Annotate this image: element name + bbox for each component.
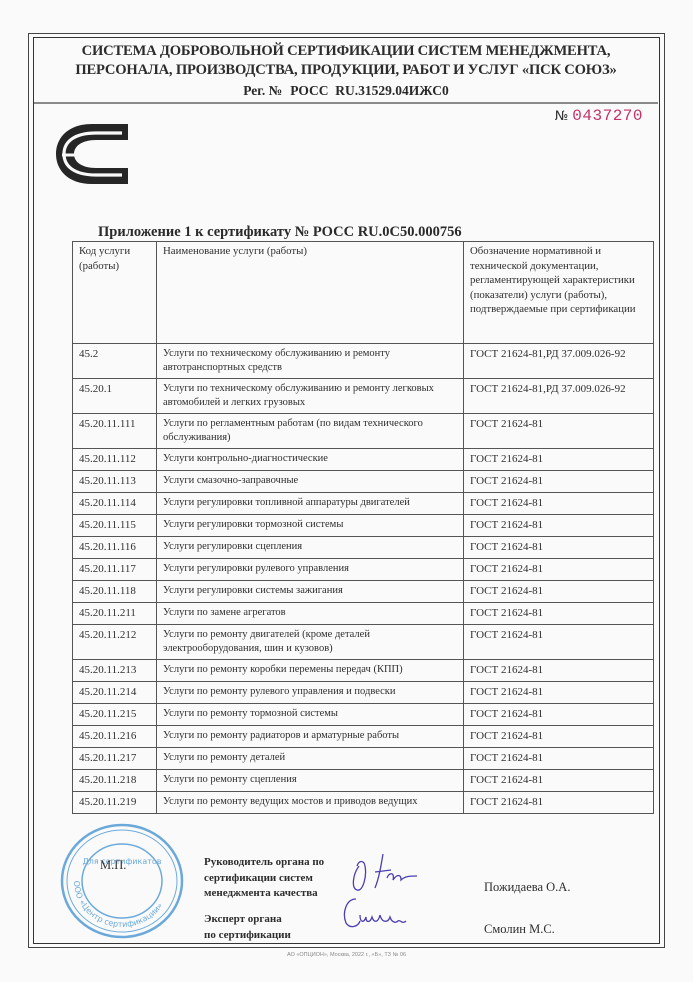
table-row: 45.20.11.211Услуги по замене агрегатовГО… — [73, 603, 654, 625]
cell-std: ГОСТ 21624-81 — [464, 414, 654, 449]
svg-text:ООО «Центр сертификации»: ООО «Центр сертификации» — [72, 880, 165, 929]
cell-code: 45.20.11.116 — [73, 537, 157, 559]
cell-std: ГОСТ 21624-81 — [464, 660, 654, 682]
cell-code: 45.20.11.219 — [73, 792, 157, 814]
header-standard: Обозначение нормативной и технической до… — [464, 242, 654, 344]
expert-title: Эксперт органа по сертификации — [204, 912, 291, 943]
table-row: 45.20.11.117Услуги регулировки рулевого … — [73, 559, 654, 581]
cell-std: ГОСТ 21624-81 — [464, 603, 654, 625]
cell-std: ГОСТ 21624-81,РД 37.009.026-92 — [464, 379, 654, 414]
cell-std: ГОСТ 21624-81,РД 37.009.026-92 — [464, 344, 654, 379]
cell-name: Услуги регулировки топливной аппаратуры … — [157, 493, 464, 515]
head-signature-icon — [345, 848, 425, 898]
cell-std: ГОСТ 21624-81 — [464, 625, 654, 660]
cell-name: Услуги по ремонту радиаторов и арматурны… — [157, 726, 464, 748]
cell-code: 45.20.11.114 — [73, 493, 157, 515]
serial-value: 0437270 — [572, 107, 643, 125]
print-footer: АО «ОПЦИОН», Москва, 2022 г., «Б», ТЗ № … — [0, 952, 693, 958]
head-title-line: сертификации систем — [204, 871, 324, 887]
registration-value: РОСС RU.31529.04ИЖС0 — [290, 83, 449, 98]
annex-title: Приложение 1 к сертификату № РОСС RU.0С5… — [98, 224, 462, 241]
cell-code: 45.20.11.217 — [73, 748, 157, 770]
table-row: 45.2Услуги по техническому обслуживанию … — [73, 344, 654, 379]
header-divider — [34, 102, 658, 104]
table-row: 45.20.11.213Услуги по ремонту коробки пе… — [73, 660, 654, 682]
header-code: Код услуги (работы) — [73, 242, 157, 344]
cell-std: ГОСТ 21624-81 — [464, 515, 654, 537]
table-row: 45.20.11.118Услуги регулировки системы з… — [73, 581, 654, 603]
header-name: Наименование услуги (работы) — [157, 242, 464, 344]
table-row: 45.20.11.115Услуги регулировки тормозной… — [73, 515, 654, 537]
cell-code: 45.20.11.117 — [73, 559, 157, 581]
cell-code: 45.20.11.213 — [73, 660, 157, 682]
table-header-row: Код услуги (работы) Наименование услуги … — [73, 242, 654, 344]
header-title-line-1: СИСТЕМА ДОБРОВОЛЬНОЙ СЕРТИФИКАЦИИ СИСТЕМ… — [34, 42, 658, 61]
table-row: 45.20.11.218Услуги по ремонту сцепленияГ… — [73, 770, 654, 792]
cell-std: ГОСТ 21624-81 — [464, 704, 654, 726]
header-title-line-2: ПЕРСОНАЛА, ПРОИЗВОДСТВА, ПРОДУКЦИИ, РАБО… — [34, 61, 658, 80]
services-table: Код услуги (работы) Наименование услуги … — [72, 241, 654, 814]
cell-name: Услуги контрольно-диагностические — [157, 449, 464, 471]
table-row: 45.20.11.216Услуги по ремонту радиаторов… — [73, 726, 654, 748]
table-row: 45.20.11.212Услуги по ремонту двигателей… — [73, 625, 654, 660]
head-of-body-title: Руководитель органа по сертификации сист… — [204, 855, 324, 902]
expert-name: Смолин М.С. — [484, 922, 555, 937]
registration-label: Рег. № — [243, 83, 282, 98]
cell-std: ГОСТ 21624-81 — [464, 726, 654, 748]
serial-sign: № — [555, 109, 569, 124]
cell-code: 45.2 — [73, 344, 157, 379]
head-title-line: Руководитель органа по — [204, 855, 324, 871]
cell-name: Услуги по техническому обслуживанию и ре… — [157, 344, 464, 379]
cell-name: Услуги регулировки системы зажигания — [157, 581, 464, 603]
cell-std: ГОСТ 21624-81 — [464, 581, 654, 603]
cell-name: Услуги по ремонту двигателей (кроме дета… — [157, 625, 464, 660]
cell-name: Услуги регулировки рулевого управления — [157, 559, 464, 581]
cell-name: Услуги по ремонту коробки перемены перед… — [157, 660, 464, 682]
cell-name: Услуги по замене агрегатов — [157, 603, 464, 625]
cell-name: Услуги по ремонту сцепления — [157, 770, 464, 792]
cell-code: 45.20.11.214 — [73, 682, 157, 704]
expert-title-line: Эксперт органа — [204, 912, 291, 928]
cell-name: Услуги регулировки сцепления — [157, 537, 464, 559]
cell-std: ГОСТ 21624-81 — [464, 792, 654, 814]
table-row: 45.20.11.116Услуги регулировки сцепления… — [73, 537, 654, 559]
cell-code: 45.20.11.115 — [73, 515, 157, 537]
cell-code: 45.20.1 — [73, 379, 157, 414]
table-row: 45.20.11.113Услуги смазочно-заправочныеГ… — [73, 471, 654, 493]
cell-name: Услуги смазочно-заправочные — [157, 471, 464, 493]
cell-name: Услуги регулировки тормозной системы — [157, 515, 464, 537]
cell-code: 45.20.11.215 — [73, 704, 157, 726]
table-row: 45.20.11.219Услуги по ремонту ведущих мо… — [73, 792, 654, 814]
expert-signature-icon — [338, 893, 408, 933]
cell-name: Услуги по ремонту тормозной системы — [157, 704, 464, 726]
cell-std: ГОСТ 21624-81 — [464, 559, 654, 581]
cell-code: 45.20.11.212 — [73, 625, 157, 660]
cell-name: Услуги по ремонту ведущих мостов и приво… — [157, 792, 464, 814]
table-row: 45.20.11.214Услуги по ремонту рулевого у… — [73, 682, 654, 704]
seal-place-label: М.П. — [100, 858, 126, 873]
expert-title-line: по сертификации — [204, 928, 291, 944]
cell-name: Услуги по ремонту рулевого управления и … — [157, 682, 464, 704]
table-row: 45.20.11.112Услуги контрольно-диагностич… — [73, 449, 654, 471]
cell-std: ГОСТ 21624-81 — [464, 748, 654, 770]
table-row: 45.20.11.217Услуги по ремонту деталейГОС… — [73, 748, 654, 770]
cell-std: ГОСТ 21624-81 — [464, 471, 654, 493]
registration-number: Рег. №РОСС RU.31529.04ИЖС0 — [34, 82, 658, 100]
cell-std: ГОСТ 21624-81 — [464, 537, 654, 559]
cell-std: ГОСТ 21624-81 — [464, 770, 654, 792]
cell-code: 45.20.11.118 — [73, 581, 157, 603]
cell-code: 45.20.11.111 — [73, 414, 157, 449]
cell-code: 45.20.11.112 — [73, 449, 157, 471]
cell-code: 45.20.11.218 — [73, 770, 157, 792]
cell-name: Услуги по регламентным работам (по видам… — [157, 414, 464, 449]
head-title-line: менеджмента качества — [204, 886, 324, 902]
certification-mark-icon — [52, 120, 130, 188]
serial-number: №0437270 — [555, 107, 643, 125]
cell-name: Услуги по ремонту деталей — [157, 748, 464, 770]
round-seal-stamp-icon: ООО «Центр сертификации» Для сертификато… — [58, 822, 186, 940]
table-row: 45.20.11.111Услуги по регламентным работ… — [73, 414, 654, 449]
head-name: Пожидаева О.А. — [484, 880, 570, 895]
cell-code: 45.20.11.113 — [73, 471, 157, 493]
document-header: СИСТЕМА ДОБРОВОЛЬНОЙ СЕРТИФИКАЦИИ СИСТЕМ… — [34, 38, 658, 102]
table-row: 45.20.11.215Услуги по ремонту тормозной … — [73, 704, 654, 726]
cell-std: ГОСТ 21624-81 — [464, 449, 654, 471]
cell-std: ГОСТ 21624-81 — [464, 493, 654, 515]
cell-name: Услуги по техническому обслуживанию и ре… — [157, 379, 464, 414]
cell-code: 45.20.11.216 — [73, 726, 157, 748]
table-row: 45.20.11.114Услуги регулировки топливной… — [73, 493, 654, 515]
cell-code: 45.20.11.211 — [73, 603, 157, 625]
table-row: 45.20.1Услуги по техническому обслуживан… — [73, 379, 654, 414]
cell-std: ГОСТ 21624-81 — [464, 682, 654, 704]
